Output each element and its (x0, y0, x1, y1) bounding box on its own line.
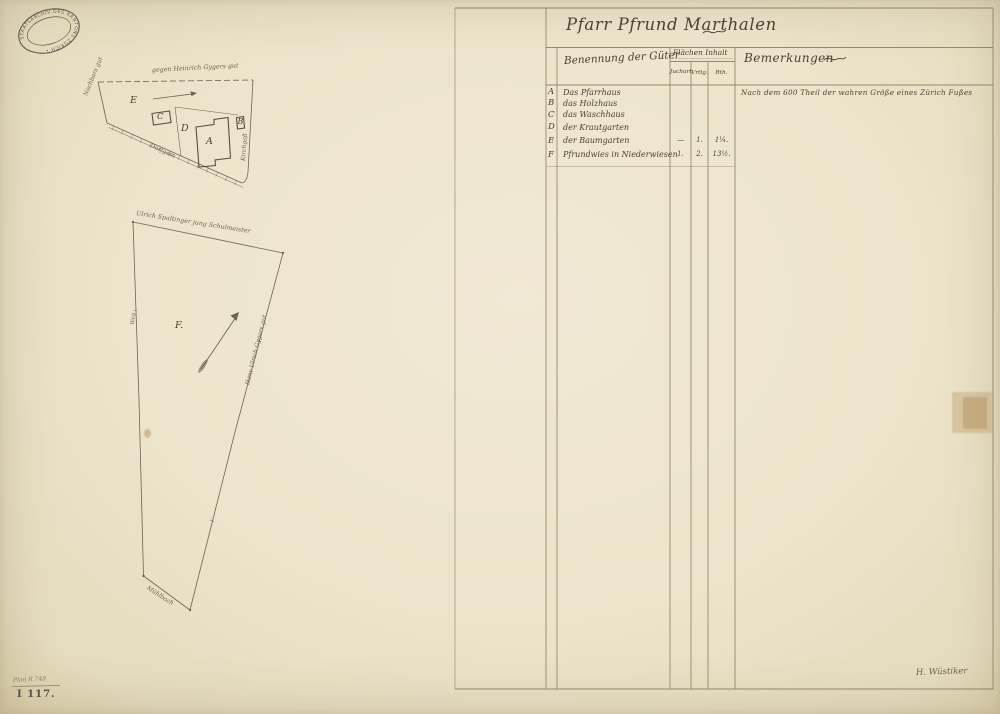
parcel-letter-A: A (206, 137, 213, 147)
upper-parcel-buildings (152, 111, 245, 167)
column-header-area-group: Flächen Inhalt (673, 49, 727, 56)
row-letter: F (548, 151, 554, 160)
row-letter: B (548, 99, 554, 108)
row-name: das Holzhaus (563, 100, 617, 108)
row-value-juchart: 1. (670, 151, 691, 158)
row-name: der Krautgarten (563, 124, 629, 132)
row-remark: Nach dem 600 Theil der wahren Größe eine… (741, 89, 972, 96)
row-value-rth: 13½. (708, 151, 735, 158)
catalog-underline (12, 686, 60, 687)
lower-parcel-corner-marks (132, 221, 284, 611)
lower-north-arrow-icon (197, 312, 239, 374)
row-value-juchart: — (670, 137, 691, 144)
upper-north-arrow-icon (153, 91, 197, 99)
row-value-rth: 1¼. (708, 137, 735, 144)
parcel-letter-E: E (130, 96, 137, 106)
parcel-letter-B: B (238, 118, 244, 126)
row-letter: D (548, 123, 555, 132)
column-header-unit-rth: Rth. (708, 71, 735, 77)
row-letter: C (548, 111, 555, 120)
row-letter: A (548, 88, 554, 97)
parcel-letter-C: C (157, 113, 164, 122)
row-letter: E (548, 137, 554, 146)
row-name: das Waschhaus (563, 111, 625, 119)
row-name: Pfrundwies in Niederwiesen (563, 151, 678, 159)
catalog-number: I 117. (17, 690, 56, 700)
plan-sheet: STAATSARCHIV DES KANTONS ZÜRICH • Pfarr … (0, 0, 1000, 714)
svg-text:STAATSARCHIV DES KANTONS ZÜRIC: STAATSARCHIV DES KANTONS ZÜRICH • (13, 2, 84, 61)
archive-stamp: STAATSARCHIV DES KANTONS ZÜRICH • (13, 1, 85, 60)
building-A-pfarrhaus (196, 118, 231, 168)
column-header-remarks: Bemerkungen (744, 52, 834, 64)
parcel-letter-F: F. (175, 321, 183, 331)
surveyor-signature: H. Wüstiker (916, 667, 968, 677)
row-name: der Baumgarten (563, 137, 629, 145)
column-header-unit-vrtlg: Vrtlg. (691, 71, 708, 77)
table-ruling (455, 8, 993, 689)
linework-layer: STAATSARCHIV DES KANTONS ZÜRICH • (0, 0, 1000, 714)
lower-parcel-outline (133, 222, 283, 610)
parcel-letter-D: D (181, 124, 189, 134)
sheet-title: Pfarr Pfrund Marthalen (566, 17, 777, 34)
lower-map-left-label: Weg (131, 313, 137, 325)
row-value-vrtlg: 1. (691, 137, 708, 144)
column-header-unit-juchart: Juchart (670, 70, 691, 76)
row-name: Das Pfarrhaus (563, 89, 621, 97)
archive-stamp-text: STAATSARCHIV DES KANTONS ZÜRICH • (13, 2, 84, 61)
row-value-vrtlg: 2. (691, 151, 708, 158)
